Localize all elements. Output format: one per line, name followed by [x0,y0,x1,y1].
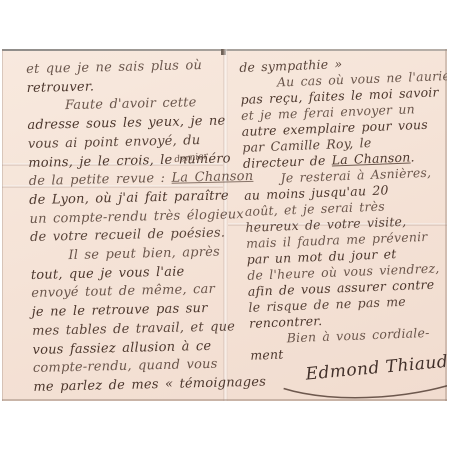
letter-photo: dernier et que je ne sais plus oùretrouv… [0,0,452,452]
left-page-text: dernier et que je ne sais plus oùretrouv… [26,56,234,397]
underlined-phrase: La Chanson [171,169,253,186]
paper-left-edge [2,49,3,401]
right-page-text: de sympathie » Au cas où vous ne l'aurie… [239,52,447,401]
underlined-phrase: La Chanson [331,149,410,167]
letter-paper: dernier et que je ne sais plus oùretrouv… [2,49,447,401]
